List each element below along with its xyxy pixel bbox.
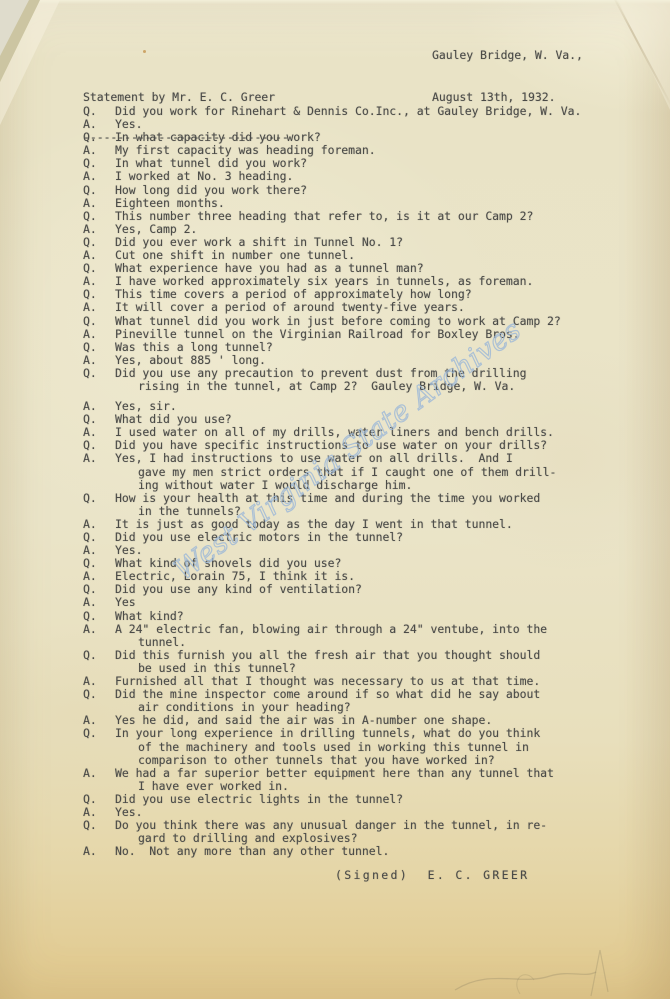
qa-text: tunnel.	[115, 636, 186, 649]
document-page: Gauley Bridge, W. Va., August 13th, 1932…	[0, 0, 670, 999]
qa-speaker-label: Q.	[83, 184, 115, 197]
qa-row: Q. How long did you work there?	[83, 184, 658, 197]
qa-row: I have ever worked in.	[83, 780, 658, 793]
qa-text: We had a far superior better equipment h…	[115, 767, 554, 780]
qa-row: A. It will cover a period of around twen…	[83, 301, 658, 314]
qa-speaker-label: A.	[83, 845, 115, 858]
qa-row: A. We had a far superior better equipmen…	[83, 767, 658, 780]
qa-row: Q. Did you work for Rinehart & Dennis Co…	[83, 105, 658, 118]
qa-text: Was this a long tunnel?	[115, 341, 273, 354]
qa-text: Pineville tunnel on the Virginian Railro…	[115, 328, 520, 341]
qa-row: tunnel.	[83, 636, 658, 649]
qa-row: A. Pineville tunnel on the Virginian Rai…	[83, 328, 658, 341]
qa-speaker-label: Q.	[83, 727, 115, 740]
qa-text: comparison to other tunnels that you hav…	[115, 754, 495, 767]
qa-text: Eighteen months.	[115, 197, 225, 210]
qa-row: Q. Did you use electric lights in the tu…	[83, 793, 658, 806]
top-right-corner-shade	[612, 0, 670, 110]
qa-speaker-label: Q.	[83, 688, 115, 701]
qa-text: Did you use electric motors in the tunne…	[115, 531, 403, 544]
qa-text: of the machinery and tools used in worki…	[115, 741, 529, 754]
qa-speaker-label: A.	[83, 197, 115, 210]
qa-row: A. Yes, Camp 2.	[83, 223, 658, 236]
qa-speaker-label: Q.	[83, 793, 115, 806]
qa-speaker-label: Q.	[83, 341, 115, 354]
qa-text: How is your health at this time and duri…	[115, 492, 540, 505]
qa-speaker-label: A.	[83, 596, 115, 609]
qa-row: Q. Was this a long tunnel?	[83, 341, 658, 354]
qa-text: I have ever worked in.	[115, 780, 289, 793]
qa-text: This number three heading that refer to,…	[115, 210, 533, 223]
qa-row: A. Yes, about 885 ' long.	[83, 354, 658, 367]
qa-text: Yes, about 885 ' long.	[115, 354, 266, 367]
qa-speaker-label: A.	[83, 223, 115, 236]
qa-speaker-label: A.	[83, 328, 115, 341]
qa-row: A. I worked at No. 3 heading.	[83, 170, 658, 183]
qa-row: Q. What kind?	[83, 610, 658, 623]
qa-speaker-label: Q.	[83, 819, 115, 832]
paper-speck	[143, 50, 146, 53]
qa-speaker-label: A.	[83, 452, 115, 465]
qa-text: ing without water I would discharge him.	[115, 479, 412, 492]
qa-speaker-label: Q.	[83, 610, 115, 623]
qa-speaker-label: Q.	[83, 315, 115, 328]
qa-row: in the tunnels?	[83, 505, 658, 518]
qa-row: Q. Did this furnish you all the fresh ai…	[83, 649, 658, 662]
qa-text: In your long experience in drilling tunn…	[115, 727, 540, 740]
qa-row: ing without water I would discharge him.	[83, 479, 658, 492]
qa-speaker-label: A.	[83, 767, 115, 780]
qa-text: How long did you work there?	[115, 184, 307, 197]
qa-text: gave my men strict orders that if I caug…	[115, 466, 556, 479]
qa-row: Q. Did you use any precaution to prevent…	[83, 367, 658, 380]
qa-row: comparison to other tunnels that you hav…	[83, 754, 658, 767]
qa-text: Did you work for Rinehart & Dennis Co.In…	[115, 105, 581, 118]
signature-line: (Signed) E. C. GREER	[335, 869, 529, 882]
qa-row: Q. Did you use any kind of ventilation?	[83, 583, 658, 596]
statement-title: Statement by Mr. E. C. Greer	[83, 91, 289, 104]
qa-row: of the machinery and tools used in worki…	[83, 741, 658, 754]
qa-row: Q. In your long experience in drilling t…	[83, 727, 658, 740]
qa-text: I worked at No. 3 heading.	[115, 170, 293, 183]
qa-text: What kind?	[115, 610, 184, 623]
qa-text: A 24" electric fan, blowing air through …	[115, 623, 547, 636]
qa-row: rising in the tunnel, at Camp 2? Gauley …	[83, 380, 658, 393]
qa-row: A. A 24" electric fan, blowing air throu…	[83, 623, 658, 636]
qa-text: Did you use any precaution to prevent du…	[115, 367, 526, 380]
qa-row: A. Yes, I had instructions to use water …	[83, 452, 658, 465]
qa-text: It will cover a period of around twenty-…	[115, 301, 465, 314]
qa-text: rising in the tunnel, at Camp 2? Gauley …	[115, 380, 515, 393]
qa-speaker-label: A.	[83, 170, 115, 183]
paper-top-edge	[0, 0, 670, 4]
qa-row: A. Yes	[83, 596, 658, 609]
qa-row: Q. How is your health at this time and d…	[83, 492, 658, 505]
qa-speaker-label: Q.	[83, 367, 115, 380]
pencil-marks	[400, 928, 660, 998]
qa-text: What tunnel did you work in just before …	[115, 315, 561, 328]
qa-text: in the tunnels?	[115, 505, 241, 518]
qa-row: gave my men strict orders that if I caug…	[83, 466, 658, 479]
qa-speaker-label: A.	[83, 301, 115, 314]
dateline-date: August 13th, 1932.	[432, 90, 583, 104]
qa-speaker-label: A.	[83, 623, 115, 636]
dateline-location: Gauley Bridge, W. Va.,	[432, 48, 583, 62]
qa-text: Yes	[115, 596, 136, 609]
qa-speaker-label: Q.	[83, 492, 115, 505]
qa-row: Q. This number three heading that refer …	[83, 210, 658, 223]
qa-row: A. No. Not any more than any other tunne…	[83, 845, 658, 858]
qa-speaker-label: A.	[83, 354, 115, 367]
qa-speaker-label: Q.	[83, 649, 115, 662]
qa-row: A. Eighteen months.	[83, 197, 658, 210]
qa-text: Did you use any kind of ventilation?	[115, 583, 362, 596]
qa-text: Yes, I had instructions to use water on …	[115, 452, 513, 465]
qa-text: Did this furnish you all the fresh air t…	[115, 649, 540, 662]
qa-text: Yes, Camp 2.	[115, 223, 197, 236]
qa-text: Did you use electric lights in the tunne…	[115, 793, 403, 806]
qa-row: Q. What tunnel did you work in just befo…	[83, 315, 658, 328]
qa-transcript: Q. Did you work for Rinehart & Dennis Co…	[83, 105, 658, 858]
qa-text: No. Not any more than any other tunnel.	[115, 845, 389, 858]
qa-row: Q. Did you use electric motors in the tu…	[83, 531, 658, 544]
qa-speaker-label: Q.	[83, 210, 115, 223]
